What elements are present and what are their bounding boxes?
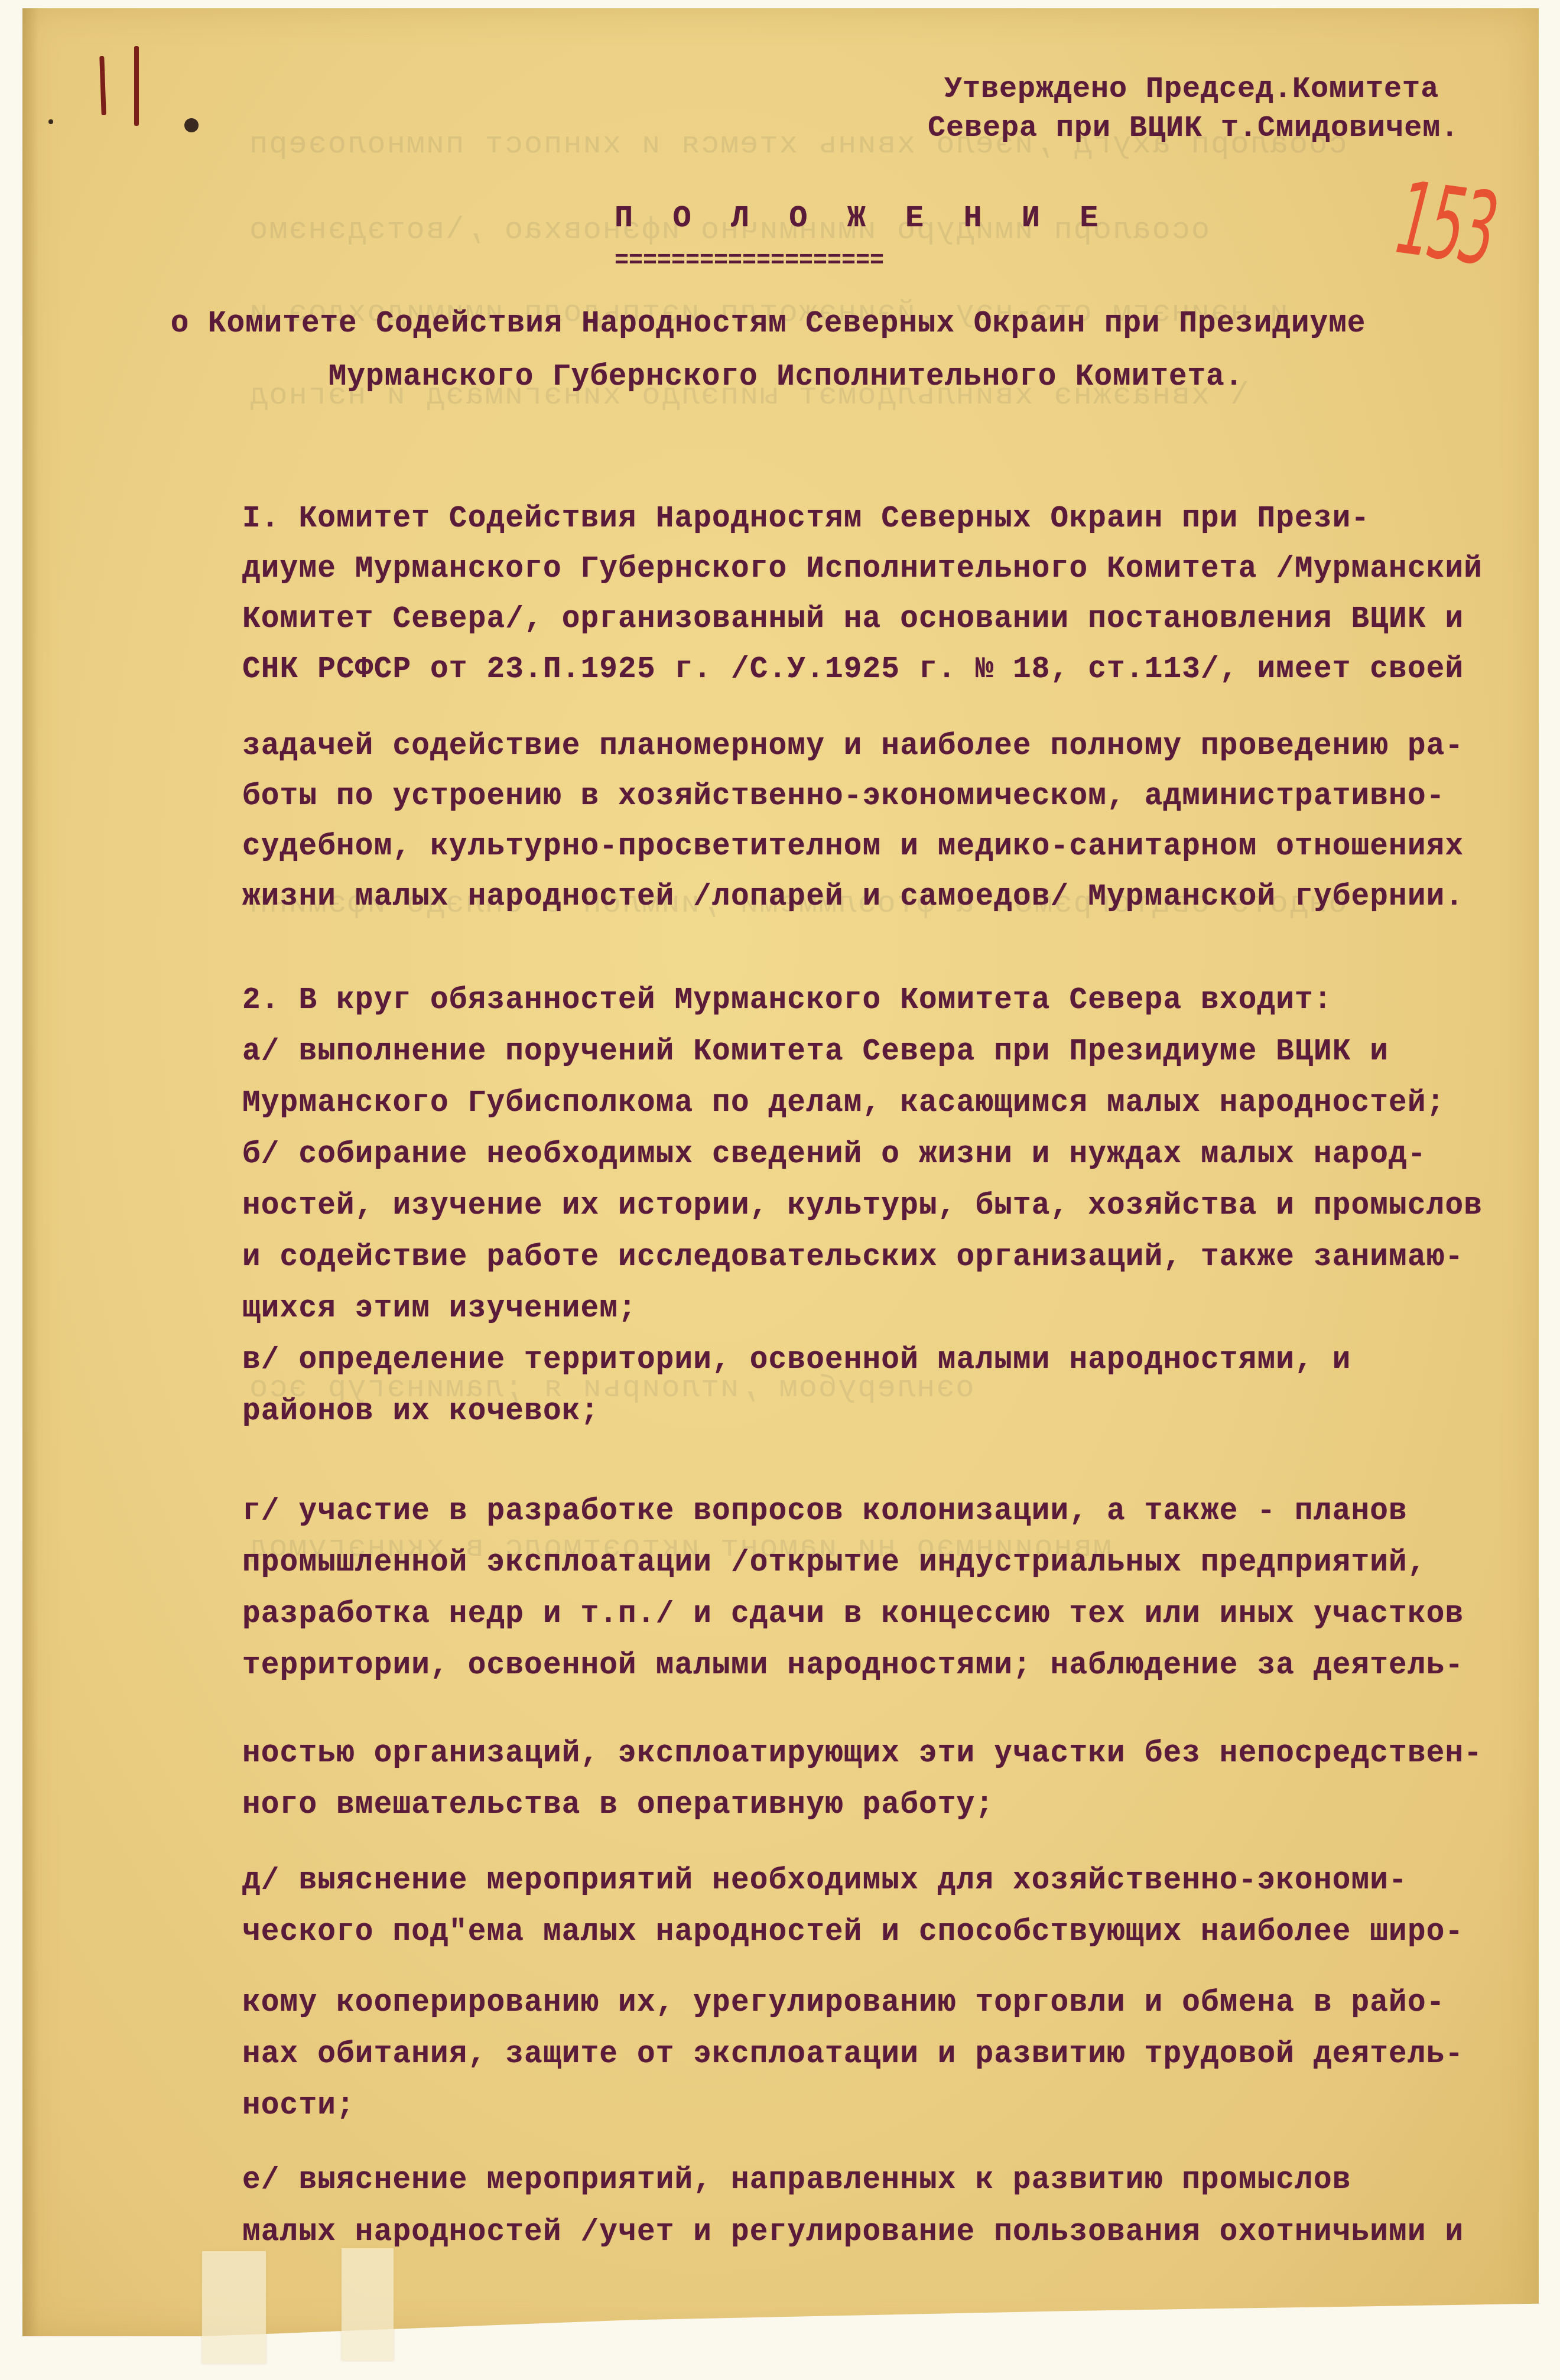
document-subtitle-line-1: о Комитете Содействия Народностям Северн… (0, 295, 1548, 353)
section-2-line: ности; (242, 2089, 355, 2123)
section-2-line: в/ определение территории, освоенной мал… (242, 1344, 1351, 1377)
repair-tape-strip (342, 2248, 394, 2361)
section-1-line: задачей содействие планомерному и наибол… (242, 730, 1464, 763)
section-2-line: 2. В круг обязанностей Мурманского Комит… (242, 984, 1332, 1017)
section-1-line: Комитет Севера/, организованный на основ… (242, 603, 1464, 636)
document-title: П О Л О Ж Е Н И Е (615, 201, 1109, 236)
section-2-line: щихся этим изучением; (242, 1292, 637, 1326)
section-2-line: е/ выяснение мероприятий, направленных к… (242, 2164, 1351, 2197)
section-2-line: ного вмешательства в оперативную работу; (242, 1789, 994, 1822)
section-2-line: ностью организаций, эксплоатирующих эти … (242, 1737, 1483, 1771)
section-2-line: районов их кочевок; (242, 1395, 599, 1429)
section-2-line: д/ выяснение мероприятий необходимых для… (242, 1864, 1408, 1898)
punch-hole (184, 118, 199, 132)
section-2-line: а/ выполнение поручений Комитета Севера … (242, 1035, 1389, 1069)
section-1-line: жизни малых народностей /лопарей и самое… (242, 880, 1464, 914)
section-2-line: нах обитания, защите от эксплоатации и р… (242, 2038, 1464, 2072)
approval-line-2: Севера при ВЦИК т.Смидовичем. (928, 110, 1459, 148)
section-2-line: г/ участие в разработке вопросов колониз… (242, 1495, 1408, 1529)
section-2-line: малых народностей /учет и регулирование … (242, 2216, 1464, 2249)
folio-number: 153 (1390, 160, 1501, 289)
section-2-line: промышленной эксплоатации /открытие инду… (242, 1546, 1426, 1580)
section-1-line: диуме Мурманского Губернского Исполнител… (242, 552, 1483, 586)
section-2-line: б/ собирание необходимых сведений о жизн… (242, 1138, 1426, 1172)
section-2-line: и содействие работе исследовательских ор… (242, 1241, 1464, 1274)
title-underline: =================== (615, 248, 884, 275)
section-1-line: судебном, культурно-просветителном и мед… (242, 830, 1464, 864)
section-2-line: кому кооперированию их, урегулированию т… (242, 1986, 1445, 2020)
margin-mark-stroke (134, 46, 139, 126)
section-1-line: I. Комитет Содействия Народностям Северн… (242, 502, 1370, 536)
ink-dot (48, 119, 53, 124)
approval-line-1: Утверждено Председ.Комитета (944, 71, 1439, 109)
section-2-line: ностей, изучение их истории, культуры, б… (242, 1189, 1483, 1223)
section-2-line: ческого под"ема малых народностей и спос… (242, 1916, 1464, 1949)
repair-tape-strip (202, 2251, 266, 2363)
section-1-line: боты по устроению в хозяйственно-экономи… (242, 780, 1445, 814)
section-2-line: территории, освоенной малыми народностям… (242, 1649, 1464, 1683)
section-2-line: разработка недр и т.п./ и сдачи в концес… (242, 1598, 1464, 1631)
document-subtitle-line-2: Мурманского Губернского Исполнительного … (6, 349, 1560, 407)
section-1-line: СНК РСФСР от 23.П.1925 г. /С.У.1925 г. №… (242, 653, 1464, 687)
section-2-line: Мурманского Губисполкома по делам, касаю… (242, 1087, 1445, 1120)
